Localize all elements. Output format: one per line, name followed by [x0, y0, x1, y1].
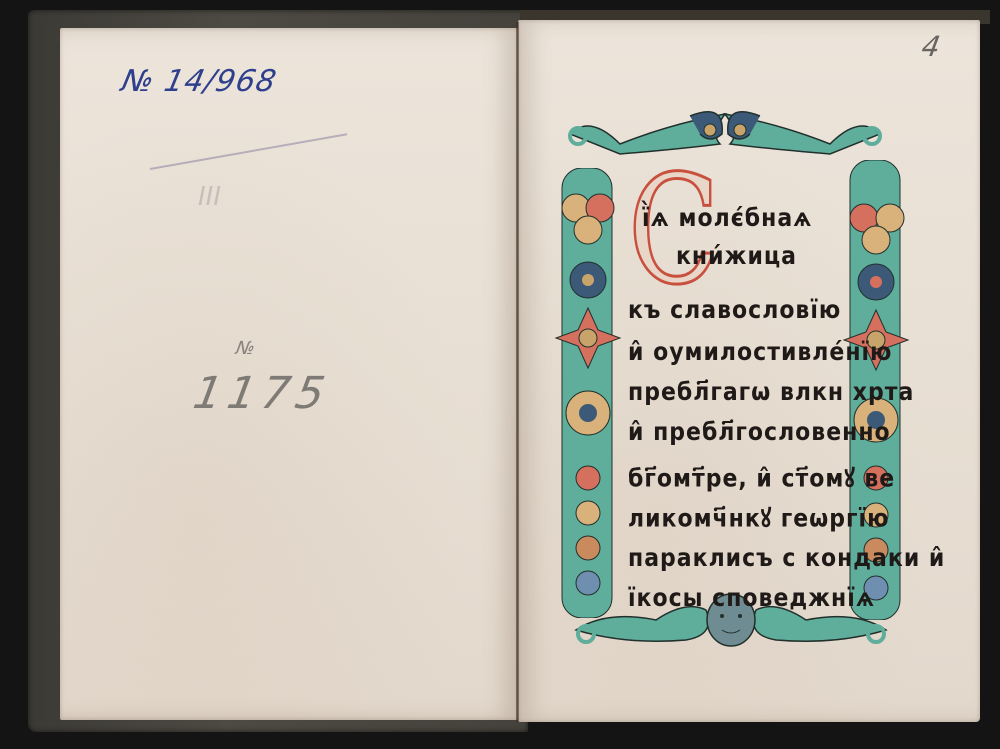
shelfmark: № 14/968 [118, 64, 280, 99]
book-gutter [516, 22, 519, 722]
text-line: їкосы споведжнїѧ [628, 584, 875, 613]
text-line: и̂ оумилостивле́нїю [628, 338, 892, 367]
text-line: ї̀ѧ молє́бнаѧ [642, 204, 812, 233]
top-acanthus-ornament [560, 104, 890, 164]
text-line: пребл҃гагѡ влкн хрта [628, 378, 914, 407]
text-line: бг҃омт҃ре, и̂ ст҃омꙋ ве [628, 460, 895, 495]
text-line: кни́жица [676, 242, 797, 271]
inventory-number: 1175 [190, 368, 335, 419]
inventory-label: № [234, 338, 256, 359]
text-line: къ славословїю [628, 296, 841, 325]
left-floral-garland [552, 168, 622, 618]
faint-pencil-mark: ⅠⅠⅠ [198, 182, 221, 212]
text-line: ликомч҃нкꙋ геѡргїю [628, 500, 889, 535]
text-line: параклисъ с кондаки и̂ [628, 544, 945, 573]
text-line: и̂ пребл҃гословенно [628, 418, 891, 447]
